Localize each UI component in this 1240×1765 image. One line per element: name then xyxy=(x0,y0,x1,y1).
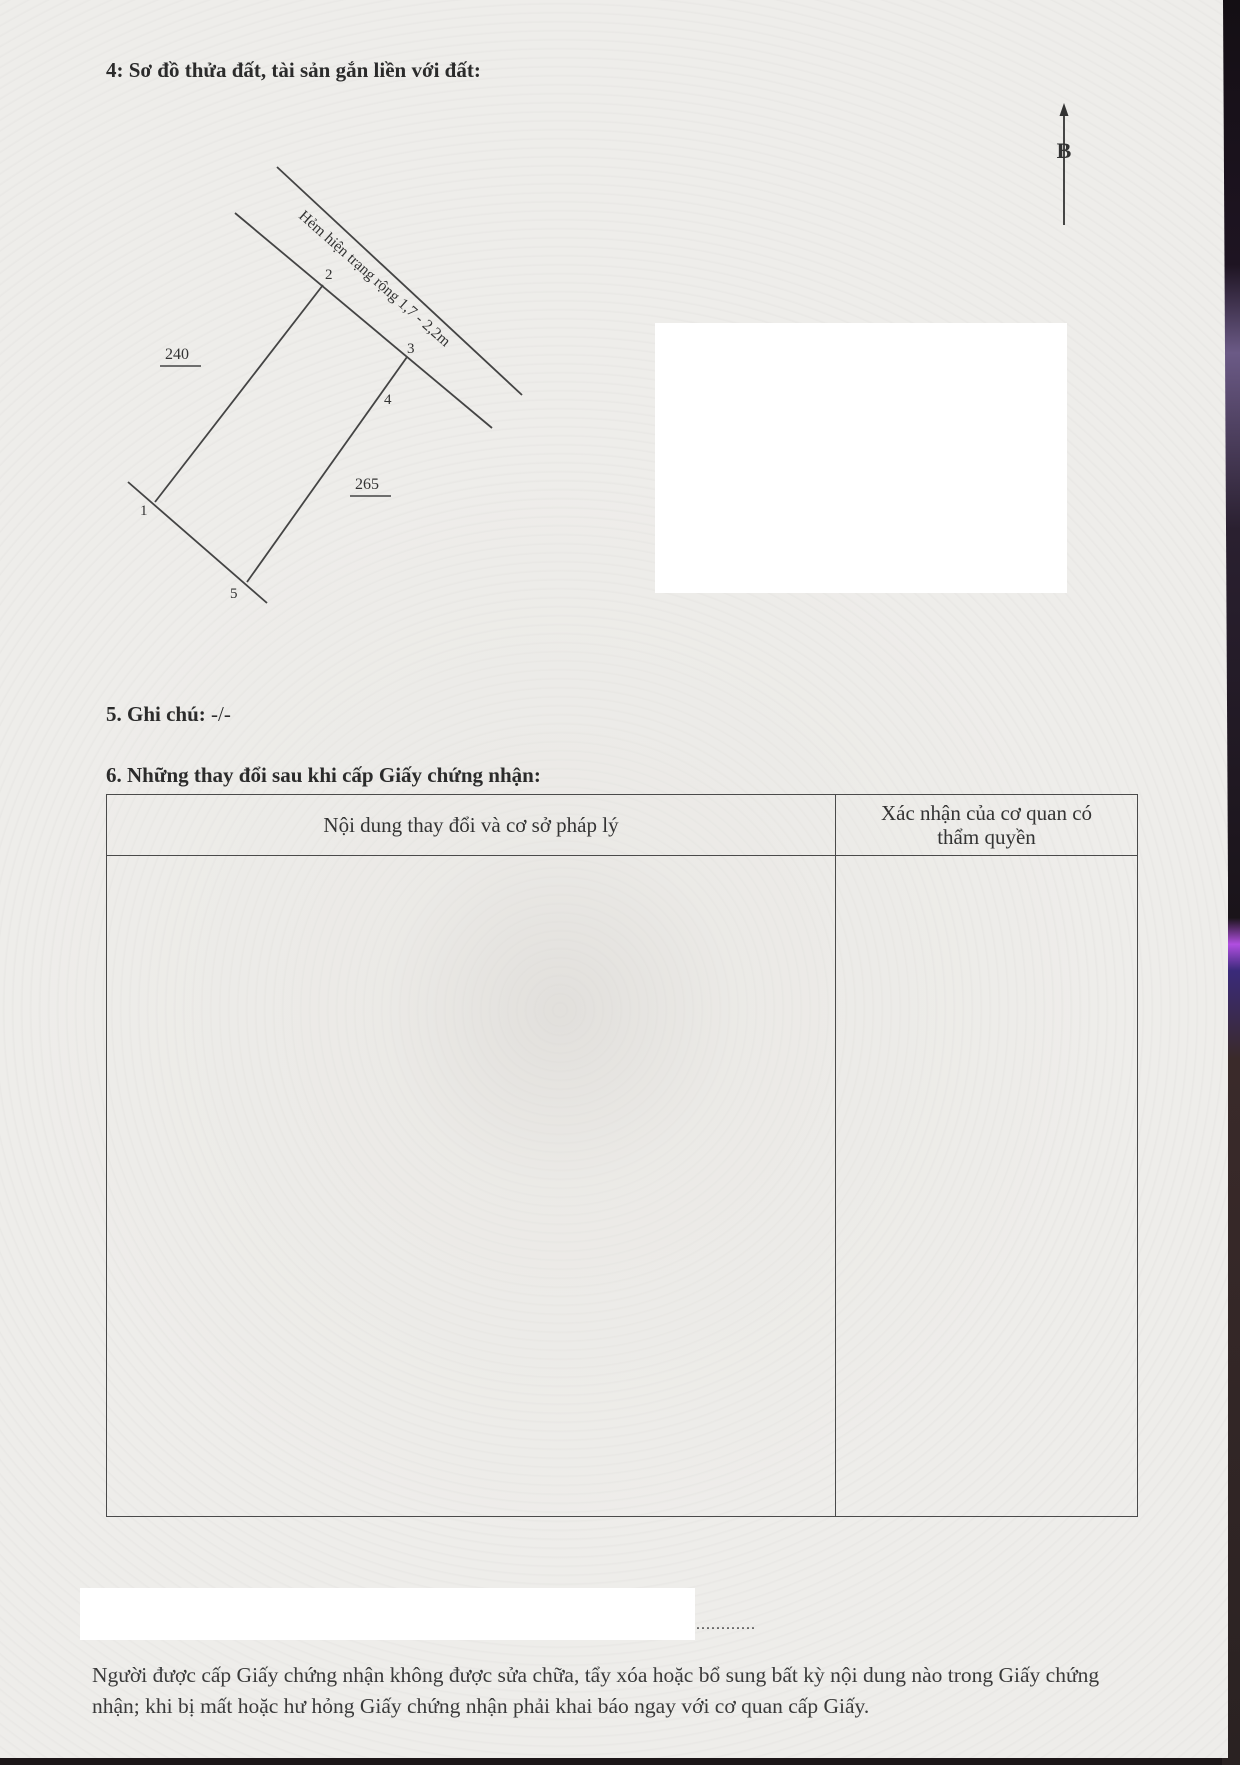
footer-notice: Người được cấp Giấy chứng nhận không đượ… xyxy=(92,1660,1152,1722)
column-header-content: Nội dung thay đổi và cơ sở pháp lý xyxy=(107,795,836,856)
road-edge-lower xyxy=(235,213,492,428)
parcel-edge-1-2 xyxy=(155,285,323,502)
road-label: Hẻm hiện trạng rộng 1,7 - 2,2m xyxy=(295,207,453,350)
neighbor-parcel-240: 240 xyxy=(165,346,189,363)
signature-dots: ............ xyxy=(696,1616,756,1634)
neighbor-parcel-265: 265 xyxy=(355,476,379,493)
section-5-title: 5. Ghi chú: xyxy=(106,702,206,726)
parcel-edge-3-5 xyxy=(247,357,407,582)
point-2-label: 2 xyxy=(325,267,333,283)
section-6-title: 6. Những thay đổi sau khi cấp Giấy chứng… xyxy=(106,763,541,788)
point-4-label: 4 xyxy=(384,392,392,408)
table-cell-confirmation xyxy=(836,856,1138,1517)
point-5-label: 5 xyxy=(230,586,238,602)
redacted-signature-area xyxy=(80,1588,695,1640)
redacted-area xyxy=(655,323,1067,593)
certificate-page: 4: Sơ đồ thửa đất, tài sản gắn liền với … xyxy=(0,0,1228,1758)
road-edge-upper xyxy=(277,167,522,395)
point-1-label: 1 xyxy=(140,503,148,519)
north-label: B xyxy=(1057,138,1072,163)
table-row xyxy=(107,856,1138,1517)
section-5-notes: 5. Ghi chú: -/- xyxy=(106,702,231,727)
point-3-label: 3 xyxy=(407,341,415,357)
section-4-title: 4: Sơ đồ thửa đất, tài sản gắn liền với … xyxy=(106,58,481,83)
section-5-value: -/- xyxy=(211,702,231,726)
parcel-edge-bottom xyxy=(128,482,267,603)
north-arrow-icon: B xyxy=(1057,103,1072,225)
column-header-confirmation: Xác nhận của cơ quan có thẩm quyền xyxy=(836,795,1138,856)
table-cell-content xyxy=(107,856,836,1517)
changes-table: Nội dung thay đổi và cơ sở pháp lý Xác n… xyxy=(106,794,1138,1517)
